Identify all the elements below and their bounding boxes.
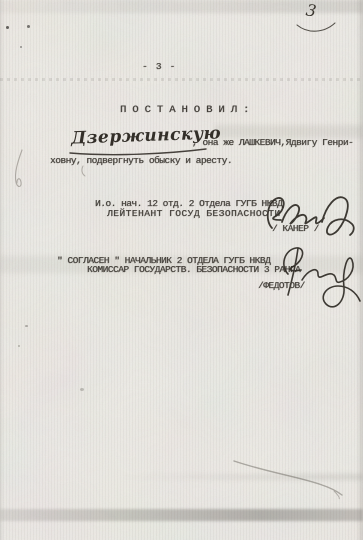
handwritten-page-number: 3: [305, 2, 318, 19]
resolution-line1: , она же ЛАШКЕВИЧ,Ядвигу Генри-: [192, 138, 353, 148]
approver1-title-line2: ЛЕЙТЕНАНТ ГОСУД БЕЗОПАСНОСТИ: [107, 209, 281, 219]
approver2-title-line2: КОМИССАР ГОСУДАРСТВ. БЕЗОПАСНОСТИ 3 РАНГ…: [87, 265, 300, 275]
ink-speck: [6, 26, 9, 29]
resolution-heading: ПОСТАНОВИЛ:: [120, 105, 255, 116]
ink-speck: [18, 345, 20, 347]
typed-page-number: - 3 -: [142, 62, 177, 72]
scanned-document-page: 3 - 3 - ПОСТАНОВИЛ: Дзержинскую , она же…: [0, 0, 363, 540]
pencil-margin-mark: [7, 147, 31, 195]
bottom-dark-band: [0, 509, 363, 521]
ink-speck: [80, 388, 84, 391]
streak-row: [0, 78, 363, 81]
lower-faint-band: [120, 474, 363, 480]
resolution-line2: ховну, подвергнуть обыску и аресту.: [50, 156, 232, 166]
ink-speck: [20, 46, 22, 48]
bottom-right-scratch: [230, 455, 348, 500]
approver2-typed-name: /ФЕДОТОВ/: [258, 281, 305, 291]
small-stray-mark: [78, 164, 90, 178]
fedotov-signature: [268, 240, 363, 315]
right-edge-shade: [356, 0, 363, 540]
ink-speck: [25, 325, 28, 327]
ink-speck: [27, 25, 30, 28]
page-number-underline-stroke: [294, 21, 338, 36]
approver1-typed-name: / КАНЕР /: [272, 224, 319, 234]
left-edge-shade: [0, 0, 4, 540]
